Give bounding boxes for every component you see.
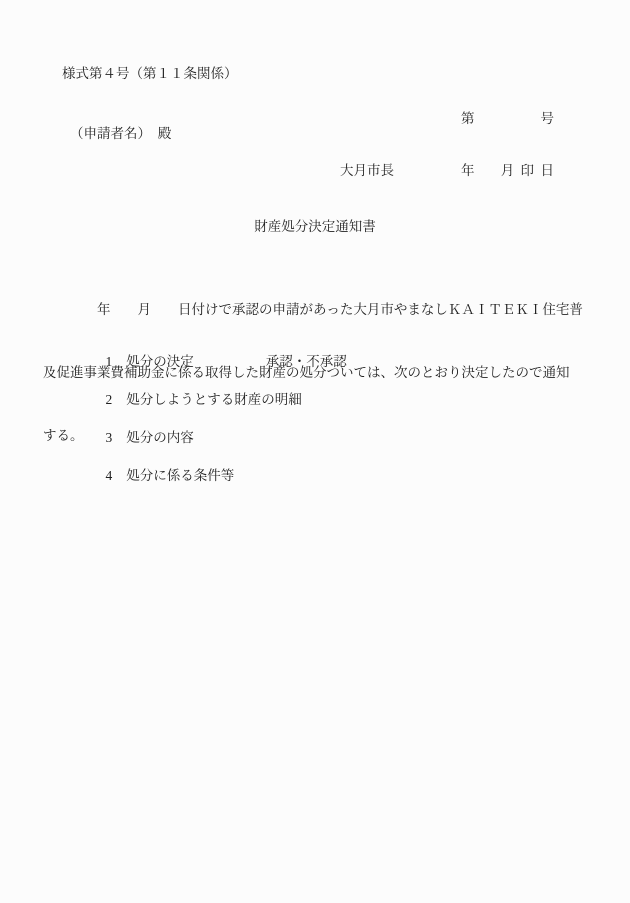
item-label: 処分の内容 [126, 430, 194, 445]
form-number: 様式第４号（第１１条関係） [62, 66, 238, 81]
item-number: 2 [106, 392, 113, 407]
item-number: 1 [106, 354, 113, 369]
document-title: 財産処分決定通知書 [0, 219, 630, 234]
list-item-disposition-conditions: 4処分に係る条件等 [92, 453, 234, 498]
issuer-line: 大月市長 印 [340, 163, 534, 178]
body-line: 年 月 日付けで承認の申請があった大月市やまなしＫＡＩＴＥＫＩ住宅普 [43, 299, 603, 320]
seal-mark: 印 [521, 163, 535, 178]
item-number: 4 [106, 468, 113, 483]
issuer-name: 大月市長 [340, 163, 394, 178]
item-label: 処分しようとする財産の明細 [126, 392, 302, 407]
doc-number-suffix: 号 [541, 111, 555, 126]
item-label: 処分に係る条件等 [126, 468, 234, 483]
doc-number-line: 第 号 [461, 111, 554, 126]
document-page: 様式第４号（第１１条関係） 第 号 年 月 日 （申請者名） 殿 大月市長 印 … [0, 0, 630, 903]
addressee-line: （申請者名） 殿 [70, 126, 171, 141]
item-label: 処分の決定 [126, 354, 194, 369]
doc-number-prefix: 第 [461, 111, 475, 126]
doc-number-date-block: 第 号 年 月 日 [461, 81, 554, 208]
item-value-approval-choice: 承認・不承認 [266, 354, 347, 369]
item-number: 3 [106, 430, 113, 445]
date-day-label: 日 [541, 163, 555, 178]
